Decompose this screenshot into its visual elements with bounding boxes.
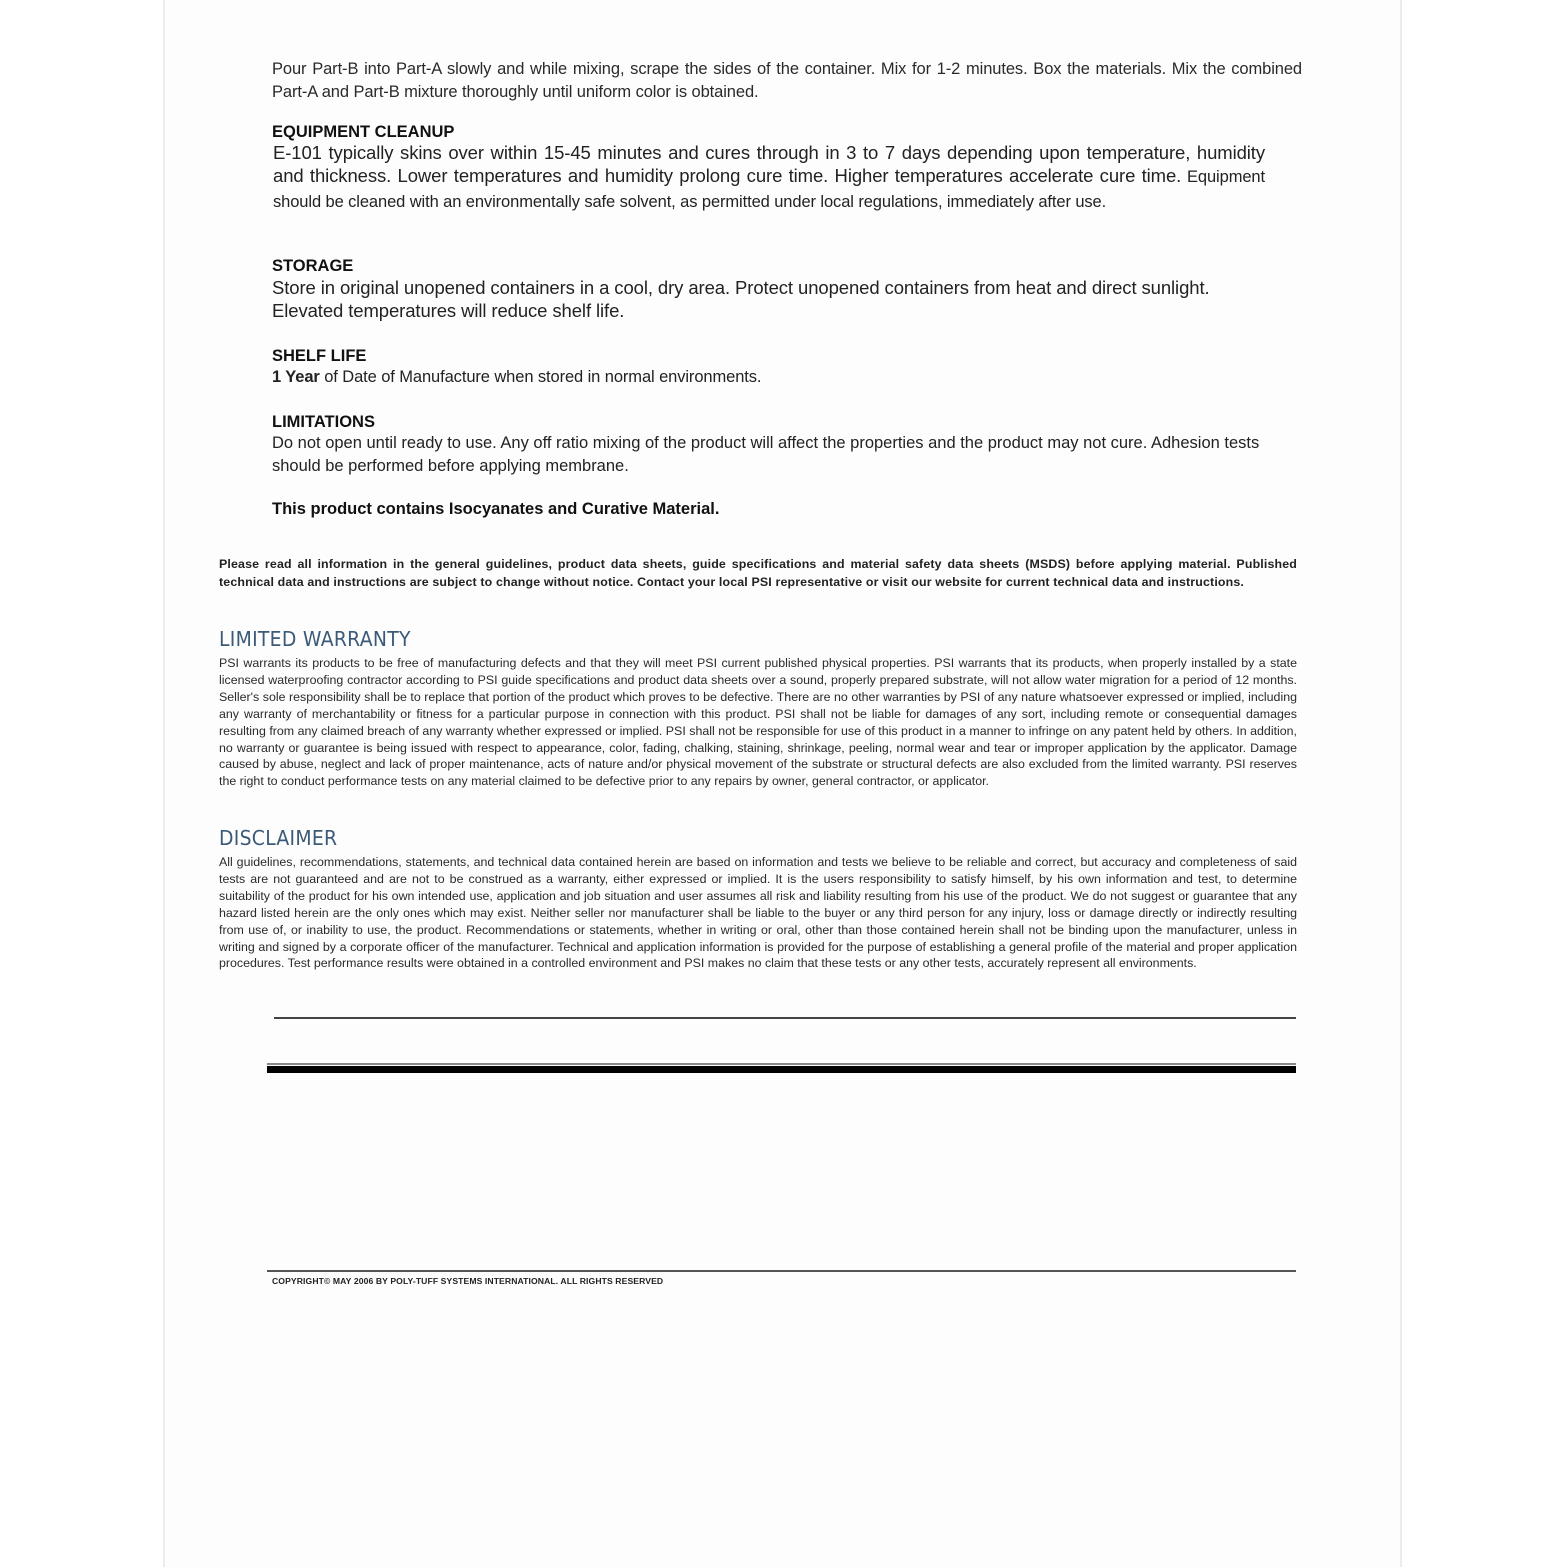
footer-divider bbox=[267, 1270, 1296, 1272]
storage-body: Store in original unopened containers in… bbox=[272, 276, 1272, 322]
document-page: Pour Part-B into Part-A slowly and while… bbox=[163, 0, 1402, 1567]
disclaimer-heading: DISCLAIMER bbox=[219, 826, 337, 850]
equipment-cleanup-main-text: E-101 typically skins over within 15-45 … bbox=[273, 142, 1265, 186]
shelf-life-body: 1 Year of Date of Manufacture when store… bbox=[272, 366, 1272, 389]
divider-thin bbox=[274, 1017, 1296, 1019]
storage-heading: STORAGE bbox=[272, 256, 353, 276]
divider-thick bbox=[267, 1066, 1296, 1073]
limited-warranty-body: PSI warrants its products to be free of … bbox=[219, 655, 1297, 790]
limitations-heading: LIMITATIONS bbox=[272, 412, 375, 432]
read-information-notice: Please read all information in the gener… bbox=[219, 556, 1297, 591]
copyright-notice: COPYRIGHT© MAY 2006 BY POLY-TUFF SYSTEMS… bbox=[272, 1276, 663, 1286]
equipment-cleanup-body: E-101 typically skins over within 15-45 … bbox=[273, 141, 1265, 214]
shelf-life-heading: SHELF LIFE bbox=[272, 346, 366, 366]
shelf-life-duration: 1 Year bbox=[272, 368, 320, 386]
mixing-instructions: Pour Part-B into Part-A slowly and while… bbox=[272, 58, 1302, 104]
equipment-cleanup-heading: EQUIPMENT CLEANUP bbox=[272, 122, 454, 142]
limited-warranty-heading: LIMITED WARRANTY bbox=[219, 627, 411, 651]
disclaimer-body: All guidelines, recommendations, stateme… bbox=[219, 854, 1297, 972]
divider-thick-highlight bbox=[267, 1063, 1296, 1065]
shelf-life-text: of Date of Manufacture when stored in no… bbox=[320, 368, 762, 386]
isocyanates-notice: This product contains Isocyanates and Cu… bbox=[272, 500, 719, 519]
limitations-body: Do not open until ready to use. Any off … bbox=[272, 432, 1292, 478]
